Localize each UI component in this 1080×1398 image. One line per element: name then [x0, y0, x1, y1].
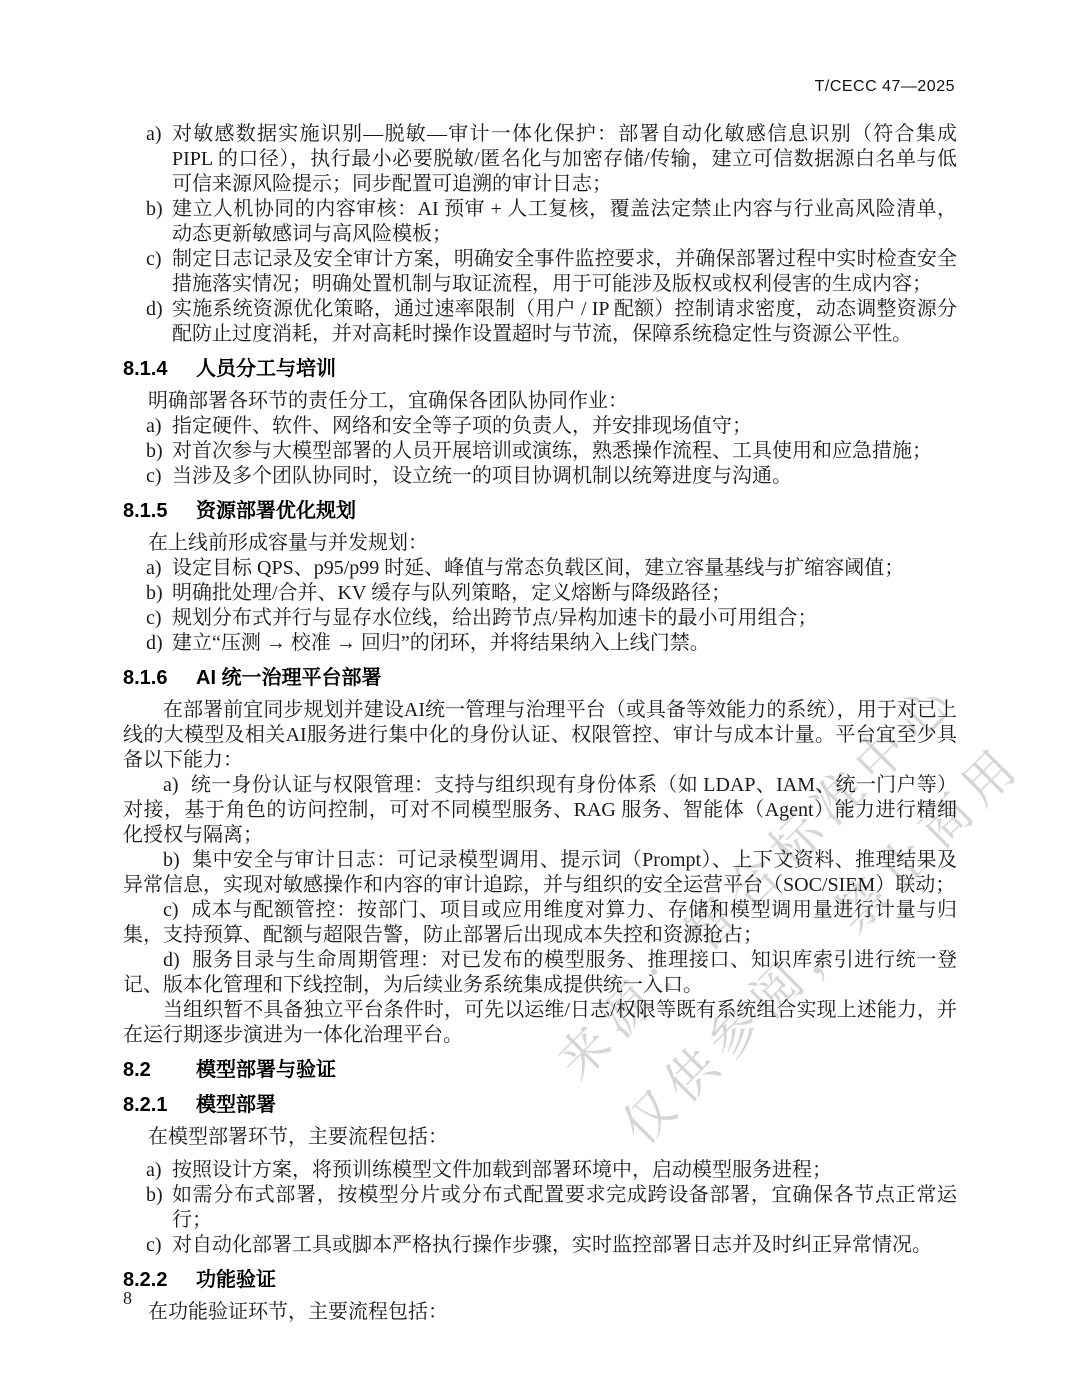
clause-text: 设定目标 QPS、p95/p99 时延、峰值与常态负载区间，建立容量基线与扩缩容…: [172, 557, 904, 579]
section-heading: 8.2模型部署与验证: [123, 1057, 957, 1083]
clause-marker: c): [146, 1233, 162, 1258]
section-intro: 在功能验证环节，主要流程包括：: [148, 1300, 957, 1325]
clause-marker: a): [163, 774, 179, 796]
clause-text: 明确批处理/合并、KV 缓存与队列策略，定义熔断与降级路径；: [172, 582, 731, 604]
clause-list: a) 设定目标 QPS、p95/p99 时延、峰值与常态负载区间，建立容量基线与…: [123, 556, 957, 656]
clause-text: 对自动化部署工具或脚本严格执行操作步骤，实时监控部署日志并及时纠正异常情况。: [172, 1234, 932, 1256]
section-8-1-6: 8.1.6AI 统一治理平台部署 在部署前宜同步规划并建设AI统一管理与治理平台…: [123, 665, 957, 1048]
clause-text: 对首次参与大模型部署的人员开展培训或演练，熟悉操作流程、工具使用和应急措施；: [172, 440, 932, 462]
heading-number: 8.1.6: [123, 665, 196, 691]
clause-text: 建立人机协同的内容审核：AI 预审 + 人工复核，覆盖法定禁止内容与行业高风险清…: [172, 198, 957, 245]
clause-marker: d): [146, 297, 163, 322]
clause-item-b: b) 对首次参与大模型部署的人员开展培训或演练，熟悉操作流程、工具使用和应急措施…: [123, 439, 957, 464]
section-intro: 在模型部署环节，主要流程包括：: [148, 1125, 957, 1150]
clause-marker: a): [146, 1158, 162, 1183]
clause-marker: b): [146, 581, 163, 606]
heading-title: AI 统一治理平台部署: [196, 667, 382, 689]
clause-item-c: c) 当涉及多个团队协同时，设立统一的项目协调机制以统筹进度与沟通。: [123, 464, 957, 489]
section-paragraph: 在部署前宜同步规划并建设AI统一管理与治理平台（或具备等效能力的系统），用于对已…: [123, 698, 957, 773]
section-heading: 8.2.1模型部署: [123, 1092, 957, 1118]
section-intro: 在上线前形成容量与并发规划：: [148, 531, 957, 556]
standard-code-header: T/CECC 47—2025: [815, 78, 955, 96]
clause-item-c: c) 制定日志记录及安全审计方案，明确安全事件监控要求，并确保部署过程中实时检查…: [123, 247, 957, 297]
clause-marker: b): [146, 439, 163, 464]
document-page: T/CECC 47—2025 来源：智合标准中心 仅供参阅，禁止商用 a) 对敏…: [0, 0, 1080, 1398]
clause-marker: c): [146, 606, 162, 631]
clause-text: 建立“压测 → 校准 → 回归”的闭环，并将结果纳入上线门禁。: [172, 632, 710, 654]
clause-item-a: a) 对敏感数据实施识别—脱敏—审计一体化保护：部署自动化敏感信息识别（符合集成…: [123, 122, 957, 197]
clause-list: a) 按照设计方案，将预训练模型文件加载到部署环境中，启动模型服务进程； b) …: [123, 1158, 957, 1258]
heading-title: 资源部署优化规划: [196, 500, 356, 522]
clause-text: 统一身份认证与权限管理：支持与组织现有身份体系（如 LDAP、IAM、统一门户等…: [123, 774, 957, 846]
clause-marker: a): [146, 414, 162, 439]
heading-title: 人员分工与培训: [196, 358, 336, 380]
section-8-2: 8.2模型部署与验证: [123, 1057, 957, 1083]
heading-title: 模型部署与验证: [196, 1059, 336, 1081]
clause-item-d: d) 建立“压测 → 校准 → 回归”的闭环，并将结果纳入上线门禁。: [123, 631, 957, 656]
section-intro: 明确部署各环节的责任分工，宜确保各团队协同作业：: [148, 389, 957, 414]
clause-text: 如需分布式部署，按模型分片或分布式配置要求完成跨设备部署，宜确保各节点正常运行；: [172, 1184, 957, 1231]
clause-marker: c): [163, 899, 179, 921]
section-heading: 8.1.6AI 统一治理平台部署: [123, 665, 957, 691]
clause-marker: b): [163, 849, 180, 871]
lettered-paragraph-c: c)成本与配额管控：按部门、项目或应用维度对算力、存储和模型调用量进行计量与归集…: [123, 898, 957, 948]
section-paragraph: 当组织暂不具备独立平台条件时，可先以运维/日志/权限等既有系统组合实现上述能力，…: [123, 998, 957, 1048]
clause-marker: d): [163, 949, 180, 971]
clause-marker: b): [146, 1183, 163, 1208]
heading-number: 8.2: [123, 1057, 196, 1083]
clause-text: 成本与配额管控：按部门、项目或应用维度对算力、存储和模型调用量进行计量与归集，支…: [123, 899, 957, 946]
clause-marker: d): [146, 631, 163, 656]
clause-item-d: d) 实施系统资源优化策略，通过速率限制（用户 / IP 配额）控制请求密度，动…: [123, 297, 957, 347]
top-clause-list: a) 对敏感数据实施识别—脱敏—审计一体化保护：部署自动化敏感信息识别（符合集成…: [123, 122, 957, 347]
clause-item-b: b) 建立人机协同的内容审核：AI 预审 + 人工复核，覆盖法定禁止内容与行业高…: [123, 197, 957, 247]
section-8-1-4: 8.1.4人员分工与培训 明确部署各环节的责任分工，宜确保各团队协同作业： a)…: [123, 356, 957, 489]
clause-marker: c): [146, 247, 162, 272]
clause-text: 规划分布式并行与显存水位线，给出跨节点/异构加速卡的最小可用组合；: [172, 607, 818, 629]
clause-text: 集中安全与审计日志：可记录模型调用、提示词（Prompt）、上下文资料、推理结果…: [123, 849, 957, 896]
clause-text: 制定日志记录及安全审计方案，明确安全事件监控要求，并确保部署过程中实时检查安全措…: [172, 248, 957, 295]
section-8-2-1: 8.2.1模型部署 在模型部署环节，主要流程包括： a) 按照设计方案，将预训练…: [123, 1092, 957, 1258]
clause-marker: c): [146, 464, 162, 489]
heading-number: 8.1.4: [123, 356, 196, 382]
clause-text: 按照设计方案，将预训练模型文件加载到部署环境中，启动模型服务进程；: [172, 1159, 832, 1181]
section-8-2-2: 8.2.2功能验证 在功能验证环节，主要流程包括：: [123, 1267, 957, 1325]
clause-item-b: b) 明确批处理/合并、KV 缓存与队列策略，定义熔断与降级路径；: [123, 581, 957, 606]
heading-title: 模型部署: [196, 1094, 276, 1116]
clause-item-a: a) 指定硬件、软件、网络和安全等子项的负责人，并安排现场值守；: [123, 414, 957, 439]
clause-item-a: a) 设定目标 QPS、p95/p99 时延、峰值与常态负载区间，建立容量基线与…: [123, 556, 957, 581]
clause-marker: a): [146, 556, 162, 581]
clause-item-c: c) 规划分布式并行与显存水位线，给出跨节点/异构加速卡的最小可用组合；: [123, 606, 957, 631]
page-number: 8: [123, 1288, 132, 1309]
clause-text: 服务目录与生命周期管理：对已发布的模型服务、推理接口、知识库索引进行统一登记、版…: [123, 949, 957, 996]
clause-text: 指定硬件、软件、网络和安全等子项的负责人，并安排现场值守；: [172, 415, 752, 437]
clause-marker: a): [146, 122, 162, 147]
clause-list: a) 指定硬件、软件、网络和安全等子项的负责人，并安排现场值守； b) 对首次参…: [123, 414, 957, 489]
clause-item-c: c) 对自动化部署工具或脚本严格执行操作步骤，实时监控部署日志并及时纠正异常情况…: [123, 1233, 957, 1258]
section-heading: 8.1.5资源部署优化规划: [123, 498, 957, 524]
lettered-paragraph-d: d)服务目录与生命周期管理：对已发布的模型服务、推理接口、知识库索引进行统一登记…: [123, 948, 957, 998]
heading-title: 功能验证: [196, 1269, 276, 1291]
heading-number: 8.2.2: [123, 1267, 196, 1293]
page-content: a) 对敏感数据实施识别—脱敏—审计一体化保护：部署自动化敏感信息识别（符合集成…: [123, 122, 957, 1325]
clause-text: 当涉及多个团队协同时，设立统一的项目协调机制以统筹进度与沟通。: [172, 465, 792, 487]
lettered-paragraph-b: b)集中安全与审计日志：可记录模型调用、提示词（Prompt）、上下文资料、推理…: [123, 848, 957, 898]
section-heading: 8.1.4人员分工与培训: [123, 356, 957, 382]
heading-number: 8.2.1: [123, 1092, 196, 1118]
section-heading: 8.2.2功能验证: [123, 1267, 957, 1293]
clause-marker: b): [146, 197, 163, 222]
heading-number: 8.1.5: [123, 498, 196, 524]
section-8-1-5: 8.1.5资源部署优化规划 在上线前形成容量与并发规划： a) 设定目标 QPS…: [123, 498, 957, 656]
clause-text: 对敏感数据实施识别—脱敏—审计一体化保护：部署自动化敏感信息识别（符合集成 PI…: [172, 123, 957, 195]
clause-item-b: b) 如需分布式部署，按模型分片或分布式配置要求完成跨设备部署，宜确保各节点正常…: [123, 1183, 957, 1233]
clause-text: 实施系统资源优化策略，通过速率限制（用户 / IP 配额）控制请求密度，动态调整…: [172, 298, 957, 345]
lettered-paragraph-a: a)统一身份认证与权限管理：支持与组织现有身份体系（如 LDAP、IAM、统一门…: [123, 773, 957, 848]
clause-item-a: a) 按照设计方案，将预训练模型文件加载到部署环境中，启动模型服务进程；: [123, 1158, 957, 1183]
